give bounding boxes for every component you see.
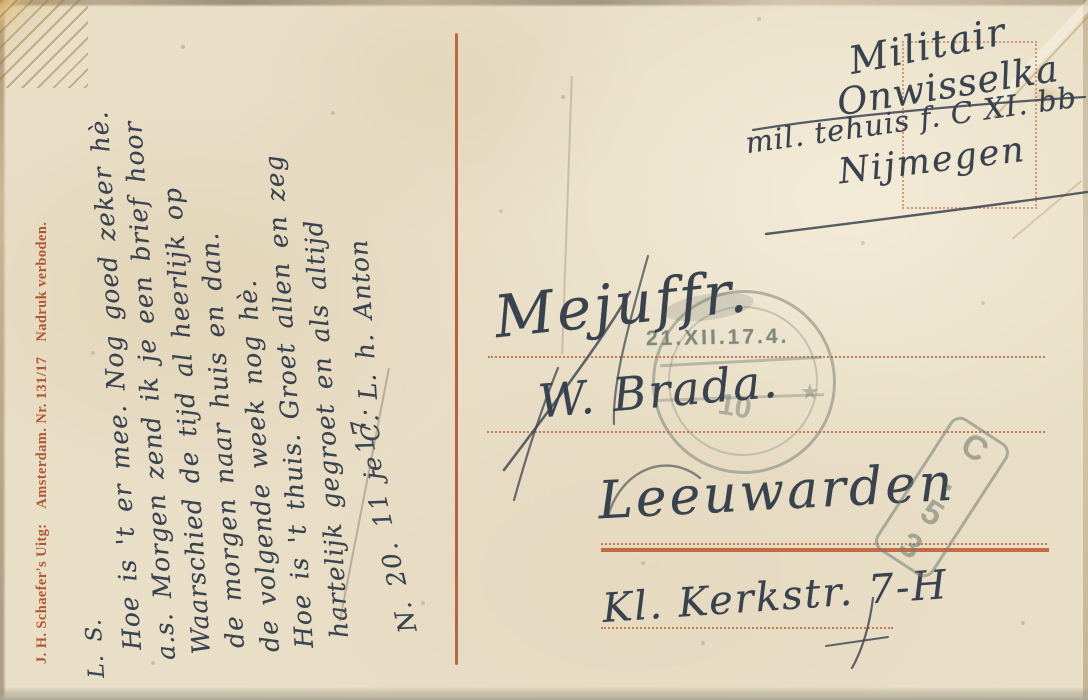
postmark-star: ★ bbox=[800, 380, 820, 405]
address-rule-3-dotted bbox=[601, 543, 1047, 545]
paper-speckles bbox=[0, 0, 2, 2]
address-rule-3-solid bbox=[601, 548, 1049, 552]
postcard-back: J. H. Schaefer's Uitg: Amsterdam. Nr. 13… bbox=[0, 0, 1088, 700]
handwritten-message: L. S. Hoe is 't er mee. Nog goed zeker h… bbox=[75, 32, 481, 692]
card-top-edge bbox=[0, 0, 1088, 7]
card-right-edge bbox=[1083, 0, 1088, 700]
card-left-edge bbox=[0, 0, 6, 700]
publisher-imprint: J. H. Schaefer's Uitg: Amsterdam. Nr. 13… bbox=[34, 149, 51, 664]
recipient-street: Kl. Kerkstr. 7-H bbox=[601, 562, 950, 632]
